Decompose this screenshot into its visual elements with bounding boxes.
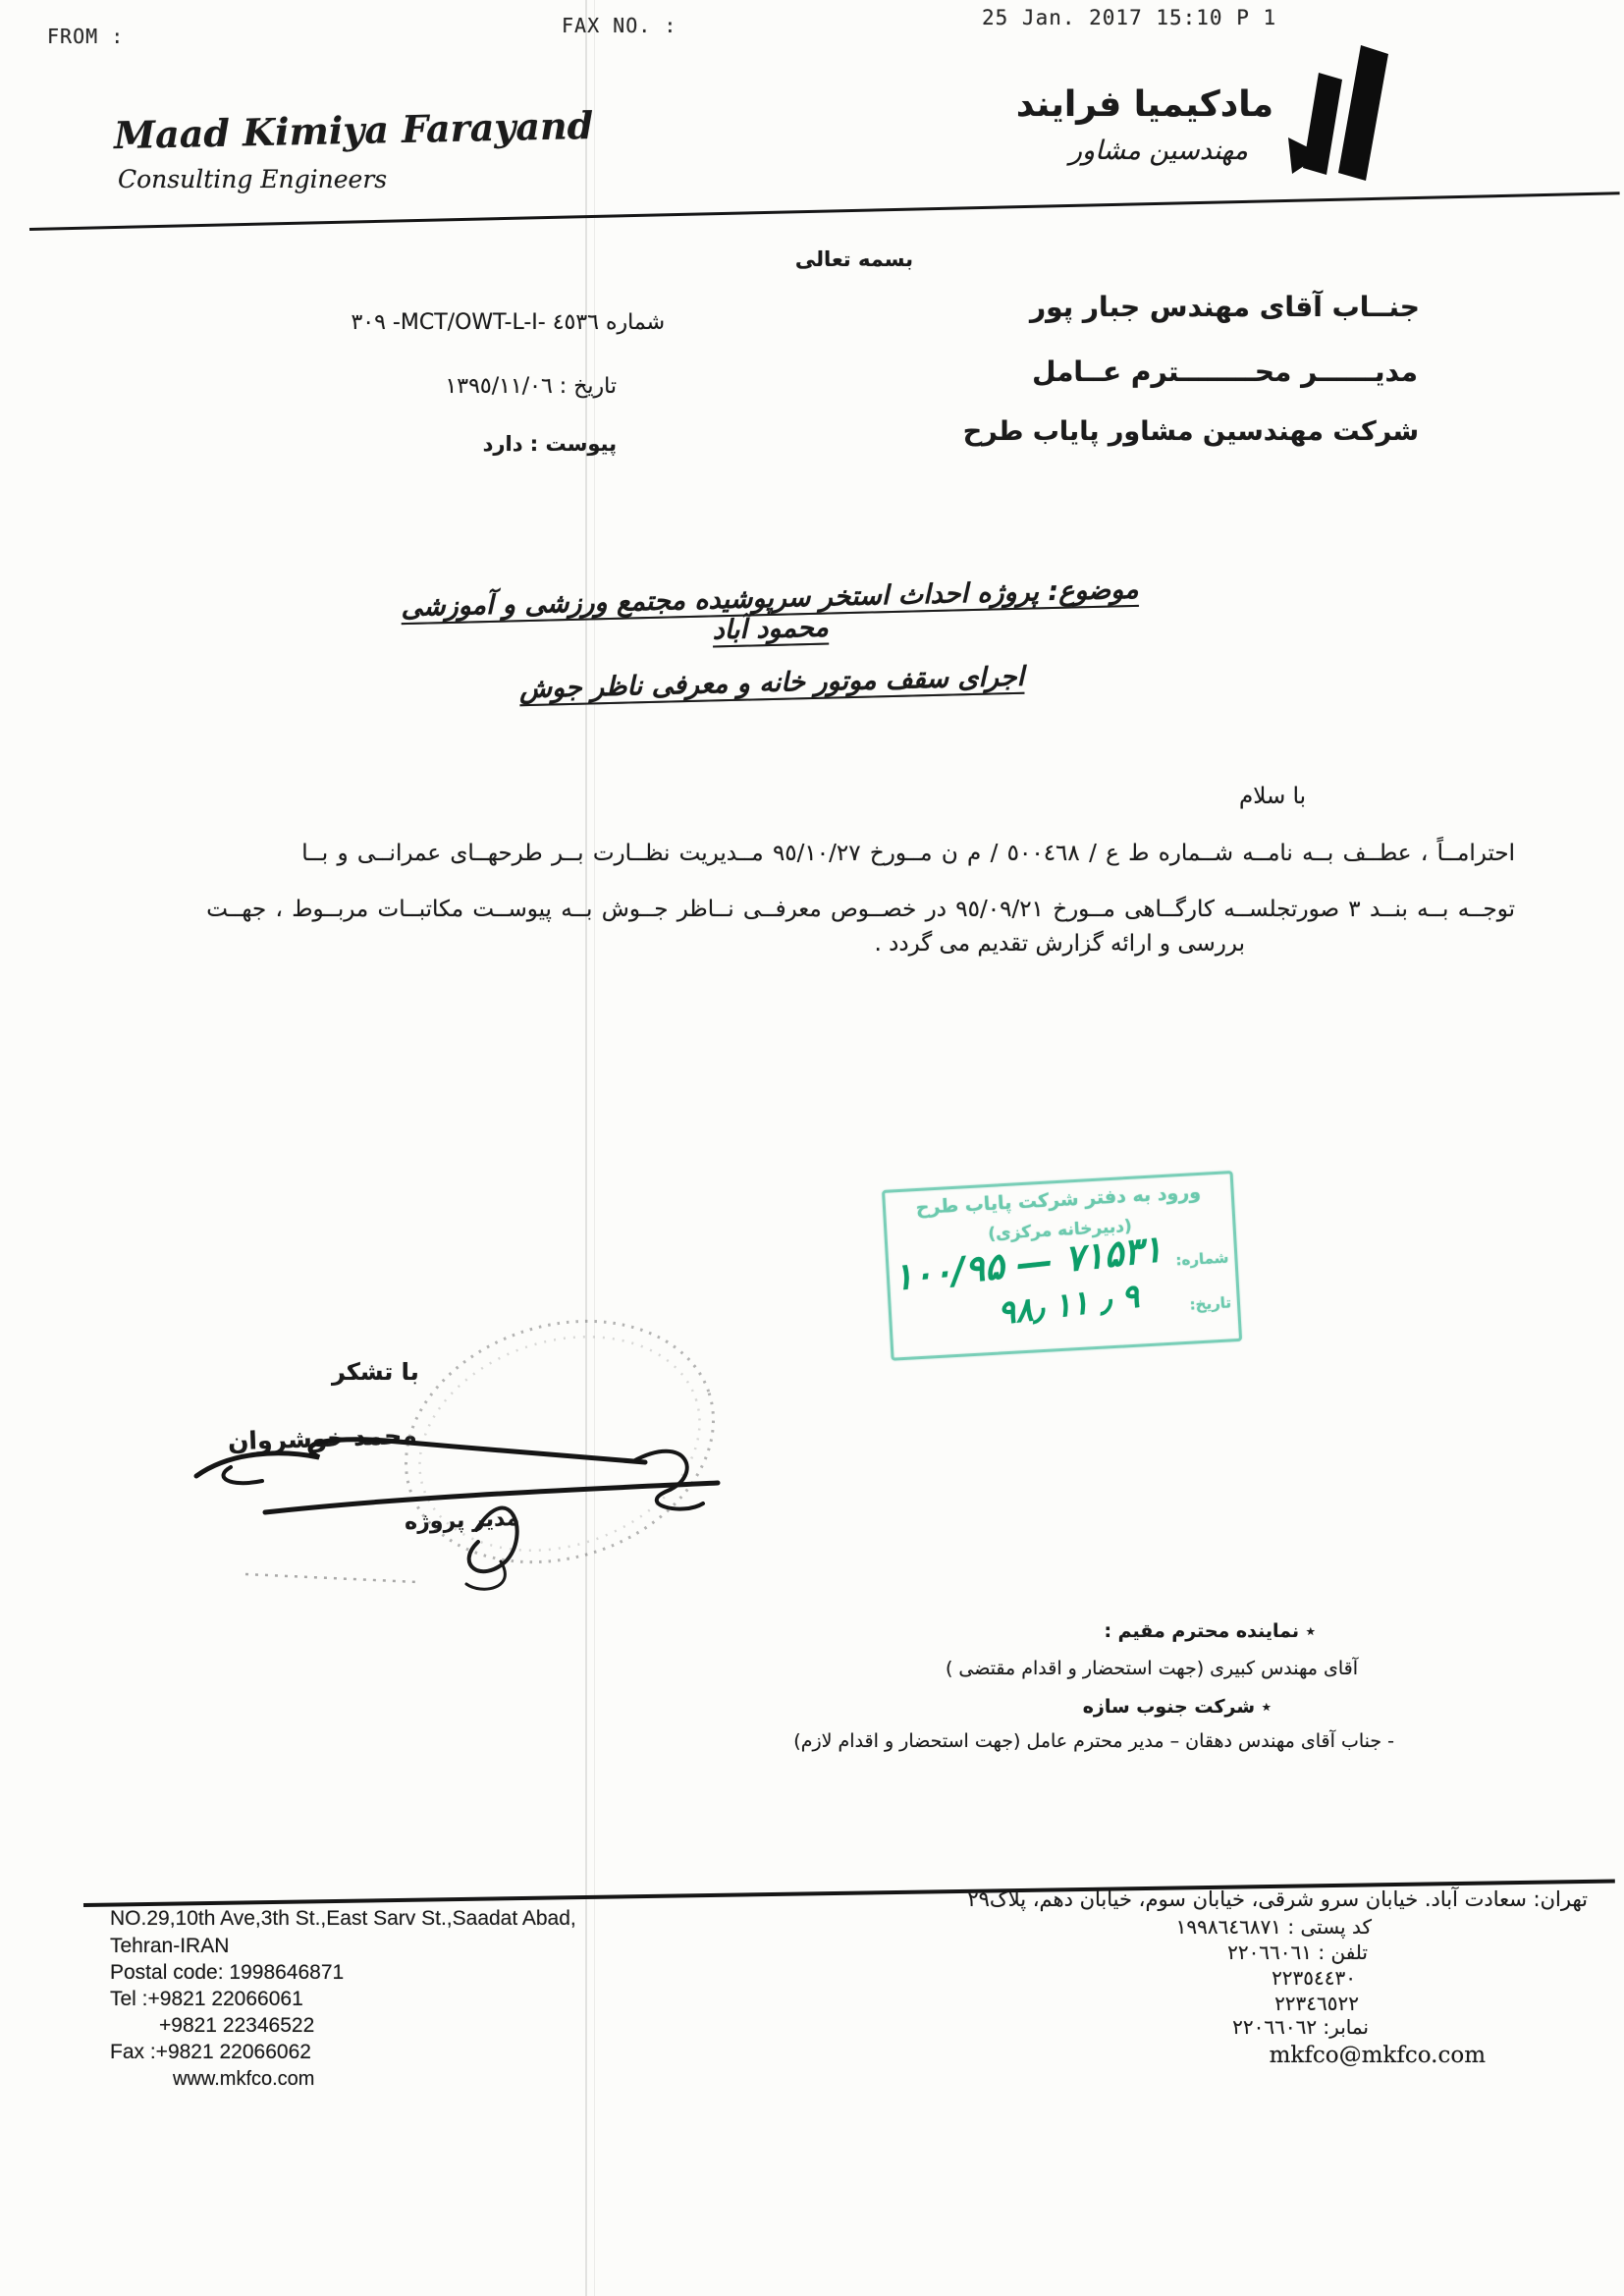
footer-fa-line-4: ٢٢٣٥٤٤٣٠ <box>1272 1966 1356 1990</box>
footer-en-line-3: Postal code: 1998646871 <box>110 1961 344 1985</box>
round-stamp-ring-icon <box>374 1294 741 1601</box>
letter-date: تاریخ : ١٣٩٥/١١/٠٦ <box>445 374 617 399</box>
cc-note-4: - جناب آقای مهندس دهقان – مدیر محترم عام… <box>793 1730 1394 1752</box>
company-tagline-en: Consulting Engineers <box>118 165 387 193</box>
footer-fa-line-5: ٢٢٣٤٦٥٢٢ <box>1274 1992 1359 2015</box>
subject-line-1: موضوع: پروژه احداث استخر سرپوشیده مجتمع … <box>377 574 1164 654</box>
recipient-line-1: جنــاب آقای مهندس جبار پور <box>1030 291 1420 323</box>
invocation-text: بسمه تعالی <box>756 247 952 271</box>
scan-artifact-line <box>585 0 587 2296</box>
footer-en-line-4: Tel :+9821 22066061 <box>110 1988 303 2011</box>
company-name-fa: مادکیمیا فرایند <box>1016 84 1273 125</box>
footer-en-website: www.mkfco.com <box>173 2068 314 2091</box>
letterhead-rule <box>29 191 1620 231</box>
signature-ink <box>172 1294 741 1601</box>
logo-mark <box>1274 45 1407 185</box>
footer-fa-line-2: کد پستی : ١٩٩٨٦٤٦٨٧١ <box>1176 1915 1372 1939</box>
body-line-2: توجــه بــه بنــد ٣ صورتجلســه کارگــاهی… <box>206 897 1515 922</box>
footer-en-line-6: Fax :+9821 22066062 <box>110 2041 311 2064</box>
salutation-text: با سلام <box>1239 784 1306 809</box>
letter-attachment: پیوست : دارد <box>483 432 617 456</box>
footer-en-line-5: +9821 22346522 <box>159 2014 314 2038</box>
letter-number: شماره ٤٥٣٦ -MCT/OWT-L-I- ٣٠٩ <box>351 310 665 335</box>
footer-fa-line-6: نمابر: ٢٢٠٦٦٠٦٢ <box>1232 2015 1369 2039</box>
fax-number-label: FAX NO. : <box>562 14 677 37</box>
stamp-date-label: تاریخ: <box>1189 1293 1231 1313</box>
scan-artifact-line <box>594 0 595 2296</box>
footer-fa-line-3: تلفن : ٢٢٠٦٦٠٦١ <box>1227 1941 1368 1964</box>
company-name-en: Maad Kimiya Farayand <box>114 103 594 157</box>
company-logo <box>1274 45 1407 185</box>
fax-timestamp: 25 Jan. 2017 15:10 P 1 <box>982 6 1276 29</box>
received-stamp: ورود به دفتر شرکت پایاب طرح (دبیرخانه مر… <box>882 1171 1242 1361</box>
footer-en-line-1: NO.29,10th Ave,3th St.,East Sarv St.,Saa… <box>110 1907 576 1931</box>
signature-scribble <box>172 1294 741 1601</box>
footer-fa-line-1: تهران: سعادت آباد. خیابان سرو شرقی، خیاب… <box>967 1887 1588 1911</box>
footer-email: mkfco@mkfco.com <box>1270 2043 1486 2068</box>
fax-page: { "fax_header": { "from_label": "FROM :"… <box>0 0 1624 2296</box>
footer-en-line-2: Tehran-IRAN <box>110 1935 229 1958</box>
cc-note-2: آقای مهندس کبیری (جهت استحضار و اقدام مق… <box>946 1658 1358 1679</box>
fax-from-label: FROM : <box>47 25 124 48</box>
body-line-1: احترامــاً ، عطــف بــه نامــه شــماره ط… <box>301 841 1515 866</box>
company-tagline-fa: مهندسین مشاور <box>1069 136 1248 166</box>
cc-note-3: ٭ شرکت جنوب سازه <box>1083 1696 1272 1718</box>
cc-note-1: ٭ نماینده محترم مقیم : <box>1104 1620 1316 1642</box>
subject-line-2: اجرای سقف موتور خانه و معرفی ناظر جوش <box>379 658 1165 708</box>
recipient-line-3: شرکت مهندسین مشاور پایاب طرح <box>963 416 1419 447</box>
recipient-line-2: مدیــــــر محــــــــترم عــامل <box>1032 355 1418 388</box>
subject-block: موضوع: پروژه احداث استخر سرپوشیده مجتمع … <box>377 574 1165 708</box>
body-line-3: بررسی و ارائه گزارش تقدیم می گردد . <box>874 931 1245 957</box>
stamp-number-label: شماره: <box>1175 1248 1229 1269</box>
